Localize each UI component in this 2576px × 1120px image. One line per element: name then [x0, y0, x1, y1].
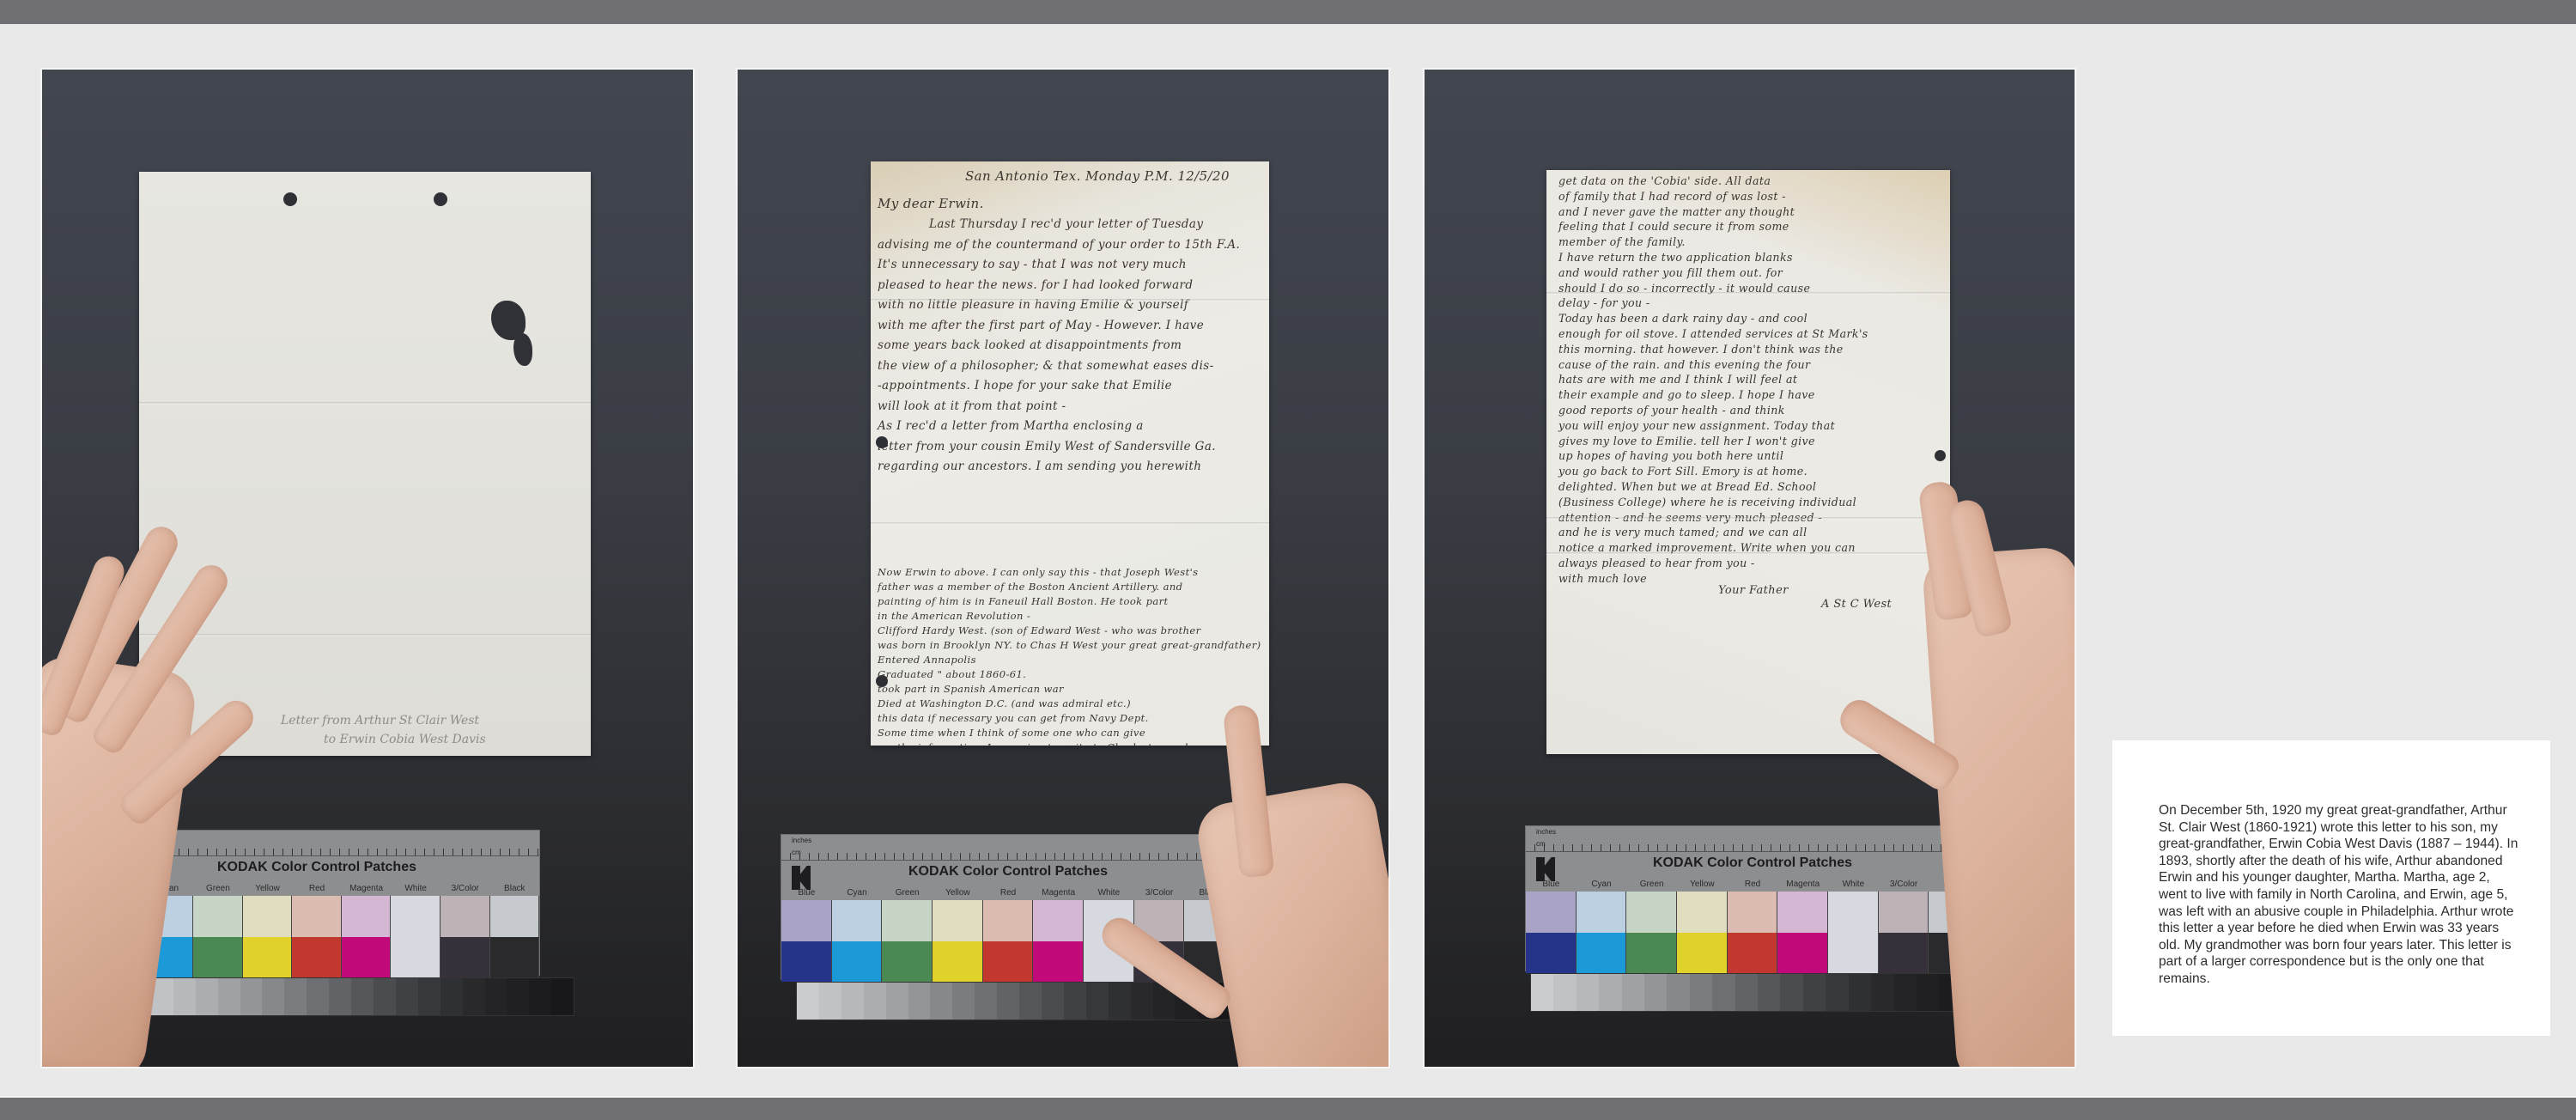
color-patch-cyan: [832, 900, 883, 982]
top-bar: [0, 0, 2576, 24]
letter-line: I have return the two application blanks: [1558, 250, 1868, 265]
grey-scale: [128, 977, 574, 1016]
patch-label: Red: [292, 884, 342, 893]
grey-step: [440, 978, 463, 1015]
grey-step: [396, 978, 418, 1015]
grey-step: [1894, 974, 1917, 1011]
ruler-unit-label: cm: [792, 849, 801, 856]
patch-label: 3/Color: [440, 884, 490, 893]
patch-label: Black: [490, 884, 540, 893]
grey-step: [1803, 974, 1826, 1011]
grey-step: [1712, 974, 1735, 1011]
patch-label: Yellow: [1677, 880, 1728, 889]
color-patch-3-color: [1879, 892, 1929, 973]
letter-line: painting of him is in Faneuil Hall Bosto…: [878, 594, 1261, 609]
letter-line: cause of the rain. and this evening the …: [1558, 357, 1868, 373]
grey-step: [374, 978, 396, 1015]
color-patch-cyan: [1577, 892, 1627, 973]
grey-step: [1758, 974, 1780, 1011]
letter-salutation: My dear Erwin.: [878, 194, 984, 215]
grey-step: [529, 978, 551, 1015]
letter-line: Some time when I think of some one who c…: [878, 726, 1261, 740]
torn-hole: [513, 333, 532, 366]
letter-line: this morning. that however. I don't thin…: [1558, 342, 1868, 357]
grey-step: [329, 978, 351, 1015]
grey-step: [1086, 983, 1109, 1020]
bottom-bar: [0, 1096, 2576, 1120]
letter-sheet-page-2: get data on the 'Cobia' side. All data o…: [1546, 170, 1950, 754]
letter-line: you will enjoy your new assignment. Toda…: [1558, 418, 1868, 434]
letter-line: some years back looked at disappointment…: [878, 336, 1240, 356]
letter-line: regarding our ancestors. I am sending yo…: [878, 457, 1240, 478]
patch-label: Magenta: [342, 884, 392, 893]
ruler-unit-label: inches: [1536, 828, 1556, 836]
letter-line: letter from your cousin Emily West of Sa…: [878, 437, 1240, 458]
patch-label: White: [1828, 880, 1879, 889]
letter-line: Entered Annapolis: [878, 653, 1261, 667]
chart-title: KODAK Color Control Patches: [781, 864, 1235, 880]
photo-panel-letter-back: Letter from Arthur St Clair West to Erwi…: [42, 70, 693, 1067]
color-patch-yellow: [933, 900, 983, 982]
caption-text: On December 5th, 1920 my great great-gra…: [2159, 802, 2519, 988]
color-patch-white: [1828, 892, 1879, 973]
color-patch-blue: [1526, 892, 1577, 973]
grey-step: [418, 978, 440, 1015]
grey-step: [1644, 974, 1667, 1011]
grey-scale: [1530, 973, 1985, 1012]
grey-step: [1780, 974, 1802, 1011]
letter-line: feeling that I could secure it from some: [1558, 219, 1868, 234]
letter-line: me the information. I am going to write …: [878, 740, 1261, 746]
grey-step: [218, 978, 240, 1015]
kodak-color-chart: KODAK Color Control Patches Blue Cyan Gr…: [102, 830, 583, 1019]
grey-step: [930, 983, 952, 1020]
letter-line: in the American Revolution -: [878, 609, 1261, 624]
letter-line: and I never gave the matter any thought: [1558, 204, 1868, 220]
color-patches: [1526, 892, 1979, 973]
letter-line: get data on the 'Cobia' side. All data: [1558, 173, 1868, 189]
letter-line: will look at it from that point -: [878, 397, 1240, 417]
grey-step: [1735, 974, 1758, 1011]
grey-step: [864, 983, 886, 1020]
letter-heading: San Antonio Tex. Monday P.M. 12/5/20: [965, 167, 1230, 187]
letter-line: took part in Spanish American war: [878, 682, 1261, 697]
letter-line: delay - for you -: [1558, 295, 1868, 311]
letter-line: member of the family.: [1558, 234, 1868, 250]
grey-step: [1064, 983, 1086, 1020]
color-patch-green: [193, 896, 243, 977]
color-patch-green: [882, 900, 933, 982]
grey-step: [307, 978, 329, 1015]
hand: [1193, 778, 1388, 1067]
grey-step: [240, 978, 263, 1015]
grey-step: [1849, 974, 1871, 1011]
patch-label: Blue: [1526, 880, 1577, 889]
ruler: [1526, 826, 1979, 852]
letter-line: the view of a philosopher; & that somewh…: [878, 356, 1240, 377]
grey-step: [886, 983, 908, 1020]
letter-line: always pleased to hear from you -: [1558, 556, 1868, 571]
ruler-unit-label: inches: [792, 837, 811, 844]
grey-step: [173, 978, 196, 1015]
grey-step: [1826, 974, 1848, 1011]
grey-step: [908, 983, 931, 1020]
letter-line: their example and go to sleep. I hope I …: [1558, 387, 1868, 403]
grey-step: [284, 978, 307, 1015]
color-patch-3-color: [440, 896, 490, 977]
patch-label: Magenta: [1777, 880, 1828, 889]
letter-line: was born in Brooklyn NY. to Chas H West …: [878, 638, 1261, 653]
grey-step: [551, 978, 574, 1015]
color-patch-blue: [781, 900, 832, 982]
patch-label: Magenta: [1033, 888, 1084, 898]
grey-step: [975, 983, 997, 1020]
caption-card: On December 5th, 1920 my great great-gra…: [2112, 740, 2550, 1036]
color-patch-magenta: [1777, 892, 1828, 973]
grey-step: [196, 978, 218, 1015]
kodak-color-chart: inches cm KODAK Color Control Patches Bl…: [1525, 825, 2006, 1014]
grey-step: [1042, 983, 1064, 1020]
grey-step: [1690, 974, 1712, 1011]
grey-step: [351, 978, 374, 1015]
patch-label: Green: [193, 884, 243, 893]
color-patch-yellow: [1677, 892, 1728, 973]
fold-line: [1546, 517, 1950, 520]
patch-label: Yellow: [243, 884, 293, 893]
grey-step: [997, 983, 1019, 1020]
grey-step: [1599, 974, 1621, 1011]
letter-line: Today has been a dark rainy day - and co…: [1558, 311, 1868, 326]
grey-step: [1667, 974, 1689, 1011]
letter-line: Died at Washington D.C. (and was admiral…: [878, 697, 1261, 711]
color-patch-red: [1728, 892, 1778, 973]
letter-closing: Your Father: [1718, 581, 1789, 601]
letter-line: of family that I had record of was lost …: [1558, 189, 1868, 204]
letter-line: Now Erwin to above. I can only say this …: [878, 565, 1261, 580]
patch-label: Cyan: [1577, 880, 1627, 889]
pencil-note-line-1: Letter from Arthur St Clair West: [281, 711, 479, 730]
photo-panel-letter-page-1: San Antonio Tex. Monday P.M. 12/5/20 My …: [738, 70, 1388, 1067]
letter-line: As I rec'd a letter from Martha enclosin…: [878, 417, 1240, 437]
letter-line: hats are with me and I think I will feel…: [1558, 372, 1868, 387]
letter-line: gives my love to Emilie. tell her I won'…: [1558, 434, 1868, 449]
patch-label: Blue: [781, 888, 832, 898]
color-patch-yellow: [243, 896, 293, 977]
patch-label: Cyan: [832, 888, 883, 898]
grey-step: [952, 983, 975, 1020]
grey-step: [485, 978, 507, 1015]
letter-line: you go back to Fort Sill. Emory is at ho…: [1558, 464, 1868, 479]
letter-line: pleased to hear the news. for I had look…: [878, 276, 1240, 296]
letter-line: Clifford Hardy West. (son of Edward West…: [878, 624, 1261, 638]
patch-label: Red: [983, 888, 1034, 898]
grey-step: [1131, 983, 1153, 1020]
letter-line: father was a member of the Boston Ancien…: [878, 580, 1261, 594]
color-patch-white: [391, 896, 440, 977]
chart-title: KODAK Color Control Patches: [1526, 855, 1979, 871]
letter-line: delighted. When but we at Bread Ed. Scho…: [1558, 479, 1868, 495]
patch-label: 3/Color: [1879, 880, 1929, 889]
grey-step: [819, 983, 841, 1020]
letter-line: good reports of your health - and think: [1558, 403, 1868, 418]
letter-signature: A St C West: [1821, 594, 1892, 615]
ruler-unit-label: cm: [1536, 840, 1546, 848]
letter-line: Graduated " about 1860-61.: [878, 667, 1261, 682]
letter-line: up hopes of having you both here until: [1558, 448, 1868, 464]
grey-step: [262, 978, 284, 1015]
patch-label: White: [391, 884, 440, 893]
patch-label: Yellow: [933, 888, 983, 898]
color-patch-red: [292, 896, 342, 977]
letter-line: (Business College) where he is receiving…: [1558, 495, 1868, 510]
grey-step: [841, 983, 864, 1020]
letter-sheet-back: Letter from Arthur St Clair West to Erwi…: [139, 172, 591, 756]
patch-label: Green: [882, 888, 933, 898]
patch-label: White: [1084, 888, 1134, 898]
letter-body-upper: Last Thursday I rec'd your letter of Tue…: [878, 215, 1240, 478]
punch-hole: [1935, 450, 1946, 461]
color-patch-green: [1626, 892, 1677, 973]
letter-line: and would rather you fill them out. for: [1558, 265, 1868, 281]
fold-line: [1546, 292, 1950, 295]
punch-hole: [434, 192, 447, 206]
color-patch-black: [490, 896, 540, 977]
grey-step: [797, 983, 819, 1020]
letter-line: this data if necessary you can get from …: [878, 711, 1261, 726]
patch-labels: Blue Cyan Green Yellow Red Magenta White…: [781, 888, 1235, 898]
punch-hole: [876, 436, 888, 448]
fold-line: [871, 299, 1269, 301]
patch-label: Red: [1728, 880, 1778, 889]
fold-line: [1546, 552, 1950, 555]
letter-body-lower: Now Erwin to above. I can only say this …: [878, 565, 1261, 746]
letter-line: with much love: [1558, 571, 1868, 587]
photo-panel-letter-page-2: get data on the 'Cobia' side. All data o…: [1425, 70, 2075, 1067]
patch-label: Green: [1626, 880, 1677, 889]
color-patch-red: [983, 900, 1034, 982]
fold-line: [139, 402, 591, 405]
letter-line: enough for oil stove. I attended service…: [1558, 326, 1868, 342]
grey-step: [1109, 983, 1131, 1020]
color-patch-magenta: [342, 896, 392, 977]
pencil-note-line-2: to Erwin Cobia West Davis: [324, 730, 486, 749]
fold-line: [139, 634, 591, 636]
grey-step: [1622, 974, 1644, 1011]
letter-body: get data on the 'Cobia' side. All data o…: [1558, 173, 1868, 587]
letter-sheet-page-1: San Antonio Tex. Monday P.M. 12/5/20 My …: [871, 161, 1269, 746]
letter-line: -appointments. I hope for your sake that…: [878, 376, 1240, 397]
patch-labels: Blue Cyan Green Yellow Red Magenta White…: [1526, 880, 1979, 889]
grey-step: [463, 978, 485, 1015]
grey-step: [507, 978, 529, 1015]
letter-line: with me after the first part of May - Ho…: [878, 316, 1240, 337]
color-patch-magenta: [1033, 900, 1084, 982]
fold-line: [871, 522, 1269, 525]
punch-hole: [283, 192, 297, 206]
grey-step: [1553, 974, 1576, 1011]
letter-line: Last Thursday I rec'd your letter of Tue…: [878, 215, 1240, 235]
letter-line: It's unnecessary to say - that I was not…: [878, 255, 1240, 276]
grey-step: [1577, 974, 1599, 1011]
grey-step: [1871, 974, 1893, 1011]
letter-line: and he is very much tamed; and we can al…: [1558, 525, 1868, 540]
letter-line: advising me of the countermand of your o…: [878, 235, 1240, 256]
grey-step: [1531, 974, 1553, 1011]
patch-label: 3/Color: [1134, 888, 1185, 898]
grey-step: [1019, 983, 1042, 1020]
grey-step: [1917, 974, 1939, 1011]
ruler: [781, 835, 1235, 861]
